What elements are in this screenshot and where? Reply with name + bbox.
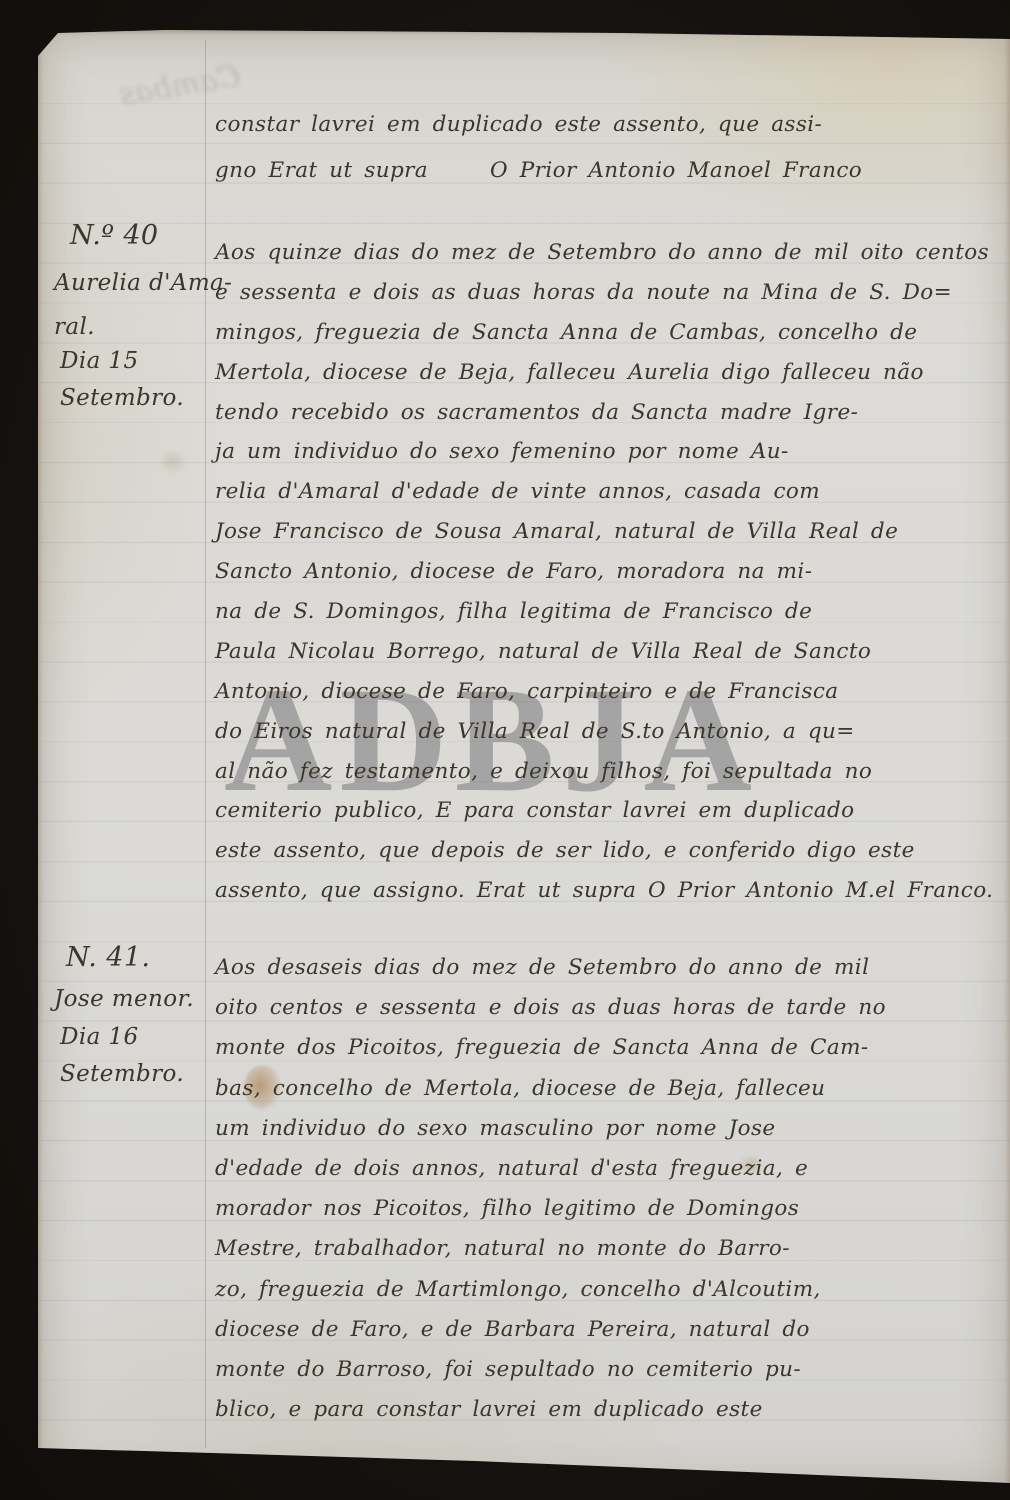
- manuscript-line: e sessenta e dois as duas horas da noute…: [215, 273, 1010, 313]
- manuscript-line: constar lavrei em duplicado este assento…: [215, 102, 1010, 148]
- manuscript-line: na de S. Domingos, filha legitima de Fra…: [215, 592, 1010, 632]
- photographed-register-scan: Cambas ADBJA constar lavrei em duplicado…: [0, 0, 1010, 1500]
- manuscript-line: diocese de Faro, e de Barbara Pereira, n…: [215, 1310, 1010, 1350]
- manuscript-line: relia d'Amaral d'edade de vinte annos, c…: [215, 472, 1010, 512]
- previous-entry-fragment: constar lavrei em duplicado este assento…: [215, 102, 1010, 194]
- register-page: Cambas ADBJA constar lavrei em duplicado…: [38, 30, 1010, 1492]
- foxing-spot: [158, 450, 188, 474]
- manuscript-line: Paula Nicolau Borrego, natural de Villa …: [215, 632, 1010, 672]
- manuscript-line: bas, concelho de Mertola, diocese de Bej…: [215, 1069, 1010, 1109]
- manuscript-line: gno Erat ut supraO Prior Antonio Manoel …: [215, 148, 1010, 194]
- manuscript-line: monte do Barroso, foi sepultado no cemit…: [215, 1350, 1010, 1390]
- manuscript-line: zo, freguezia de Martimlongo, concelho d…: [215, 1270, 1010, 1310]
- manuscript-line: monte dos Picoitos, freguezia de Sancta …: [215, 1028, 1010, 1068]
- manuscript-line: um individuo do sexo masculino por nome …: [215, 1109, 1010, 1149]
- manuscript-line: ja um individuo do sexo femenino por nom…: [215, 432, 1010, 472]
- manuscript-line: morador nos Picoitos, filho legitimo de …: [215, 1189, 1010, 1229]
- manuscript-line: Mestre, trabalhador, natural no monte do…: [215, 1229, 1010, 1269]
- manuscript-line: Antonio, diocese de Faro, carpinteiro e …: [215, 672, 1010, 712]
- entry41-margin-month: Setembro.: [60, 1061, 210, 1087]
- manuscript-line: tendo recebido os sacramentos da Sancta …: [215, 393, 1010, 433]
- manuscript-line-text: gno Erat ut supra: [215, 158, 428, 183]
- manuscript-line: Aos quinze dias do mez de Setembro do an…: [215, 233, 1010, 273]
- manuscript-line: Sancto Antonio, diocese de Faro, morador…: [215, 552, 1010, 592]
- manuscript-line: Mertola, diocese de Beja, falleceu Aurel…: [215, 353, 1010, 393]
- entry40-margin-number: N.º 40: [70, 220, 220, 251]
- entry40-margin-name: Aurelia d'Ama-: [54, 270, 204, 296]
- entry40-body: Aos quinze dias do mez de Setembro do an…: [215, 233, 1010, 911]
- manuscript-line: oito centos e sessenta e dois as duas ho…: [215, 988, 1010, 1028]
- entry40-margin-month: Setembro.: [60, 385, 210, 411]
- manuscript-line: Aos desaseis dias do mez de Setembro do …: [215, 948, 1010, 988]
- manuscript-line: assento, que assigno. Erat ut supra O Pr…: [215, 871, 1010, 911]
- manuscript-line: Jose Francisco de Sousa Amaral, natural …: [215, 512, 1010, 552]
- manuscript-line: do Eiros natural de Villa Real de S.to A…: [215, 712, 1010, 752]
- entry41-margin-number: N. 41.: [66, 942, 216, 973]
- manuscript-line: mingos, freguezia de Sancta Anna de Camb…: [215, 313, 1010, 353]
- manuscript-line: este assento, que depois de ser lido, e …: [215, 831, 1010, 871]
- entry41-margin-name: Jose menor.: [54, 986, 204, 1012]
- margin-rule-line: [205, 40, 206, 1448]
- manuscript-line: d'edade de dois annos, natural d'esta fr…: [215, 1149, 1010, 1189]
- entry40-margin-name: ral.: [54, 314, 204, 340]
- entry41-margin-day: Dia 16: [60, 1024, 210, 1050]
- entry41-body: Aos desaseis dias do mez de Setembro do …: [215, 948, 1010, 1430]
- priest-signature: O Prior Antonio Manoel Franco: [490, 158, 862, 183]
- manuscript-line: cemiterio publico, E para constar lavrei…: [215, 791, 1010, 831]
- manuscript-line: blico, e para constar lavrei em duplicad…: [215, 1390, 1010, 1430]
- manuscript-line: al não fez testamento, e deixou filhos, …: [215, 752, 1010, 792]
- entry40-margin-day: Dia 15: [60, 348, 210, 374]
